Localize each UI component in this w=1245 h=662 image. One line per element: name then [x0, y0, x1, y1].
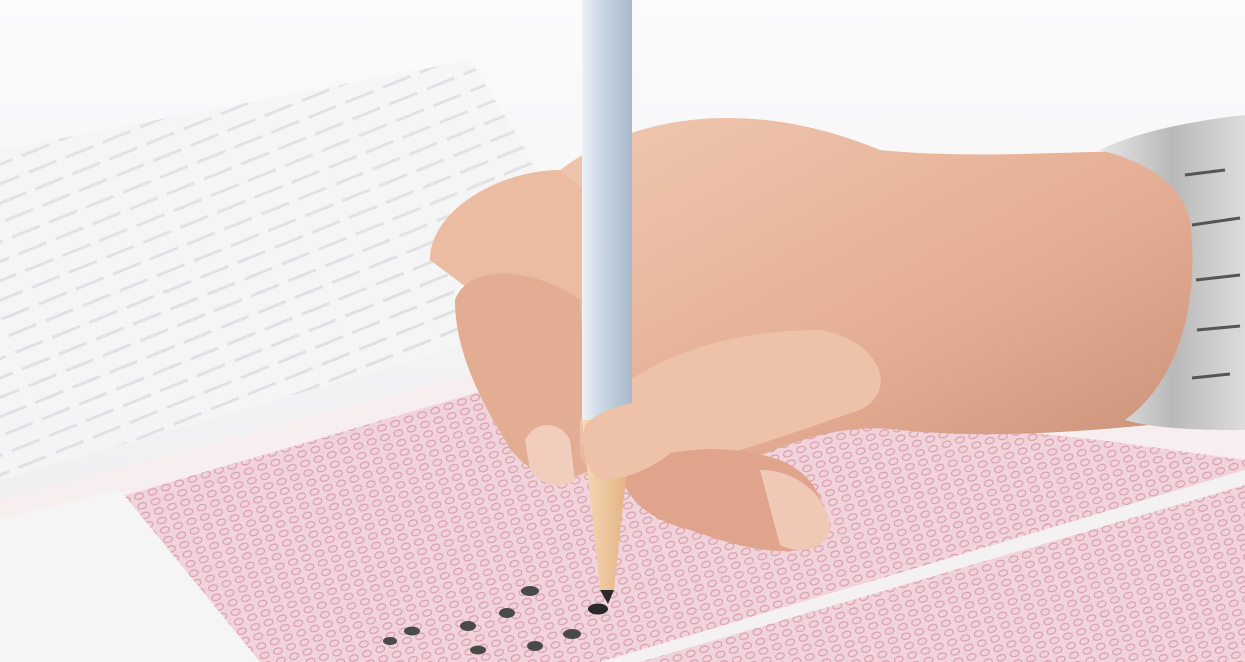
photo-scene: Close-up photo of a hand holding a penci… — [0, 0, 1245, 662]
photo-illustration — [0, 0, 1245, 662]
